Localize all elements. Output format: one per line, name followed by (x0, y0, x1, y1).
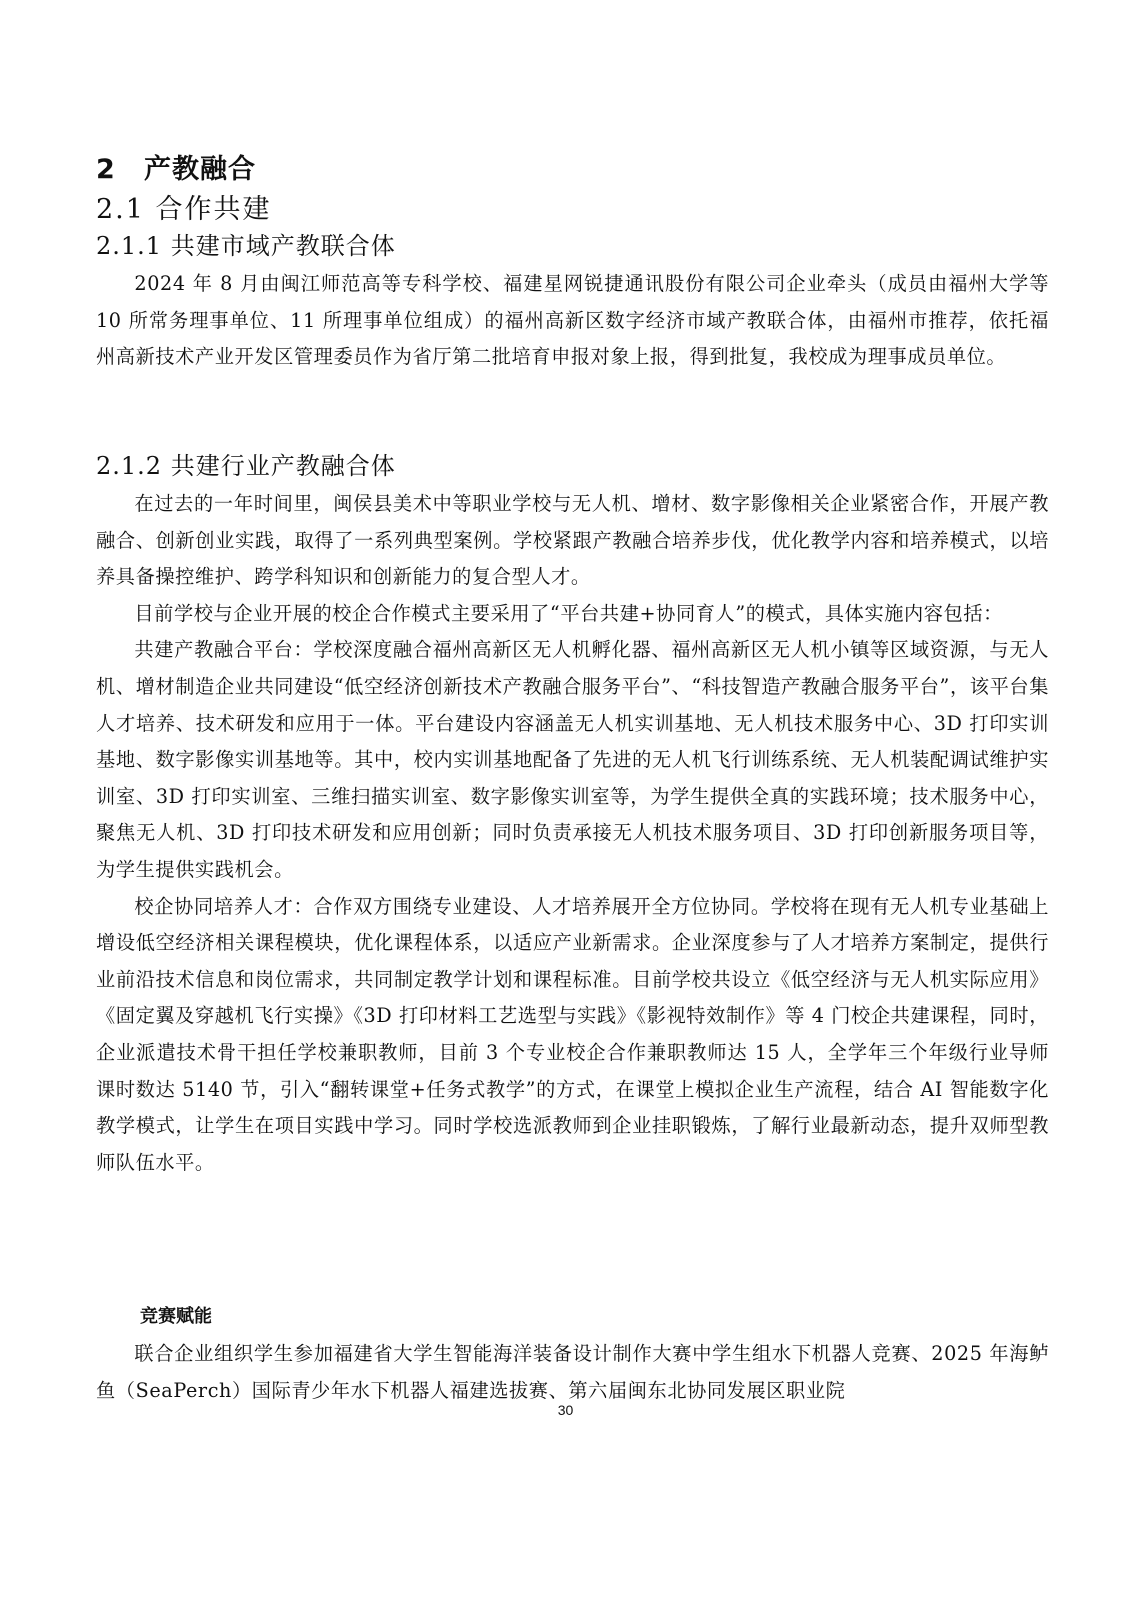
section-heading: 2.1 合作共建 (96, 192, 272, 228)
paragraph: 2024 年 8 月由闽江师范高等专科学校、福建星网锐捷通讯股份有限公司企业牵头… (96, 266, 1049, 376)
paragraph: 共建产教融合平台：学校深度融合福州高新区无人机孵化器、福州高新区无人机小镇等区域… (96, 632, 1049, 888)
subsection-heading-2-1-1: 2.1.1 共建市域产教联合体 (96, 230, 396, 262)
page-number: 30 (0, 1402, 1131, 1418)
subsection-2-1-1-body: 2024 年 8 月由闽江师范高等专科学校、福建星网锐捷通讯股份有限公司企业牵头… (96, 266, 1049, 376)
paragraph: 在过去的一年时间里，闽侯县美术中等职业学校与无人机、增材、数字影像相关企业紧密合… (96, 486, 1049, 596)
subsection-heading-2-1-2: 2.1.2 共建行业产教融合体 (96, 450, 396, 482)
competition-body: 联合企业组织学生参加福建省大学生智能海洋装备设计制作大赛中学生组水下机器人竞赛、… (96, 1336, 1049, 1409)
document-page: 2产教融合 2.1 合作共建 2.1.1 共建市域产教联合体 2024 年 8 … (0, 0, 1131, 1600)
competition-label: 竞赛赋能 (140, 1302, 212, 1332)
chapter-title: 产教融合 (144, 154, 256, 185)
paragraph: 目前学校与企业开展的校企合作模式主要采用了“平台共建+协同育人”的模式，具体实施… (96, 596, 1049, 633)
chapter-number: 2 (96, 152, 144, 188)
chapter-heading: 2产教融合 (96, 152, 256, 188)
paragraph: 校企协同培养人才：合作双方围绕专业建设、人才培养展开全方位协同。学校将在现有无人… (96, 889, 1049, 1182)
paragraph: 联合企业组织学生参加福建省大学生智能海洋装备设计制作大赛中学生组水下机器人竞赛、… (96, 1336, 1049, 1409)
subsection-2-1-2-body: 在过去的一年时间里，闽侯县美术中等职业学校与无人机、增材、数字影像相关企业紧密合… (96, 486, 1049, 1181)
